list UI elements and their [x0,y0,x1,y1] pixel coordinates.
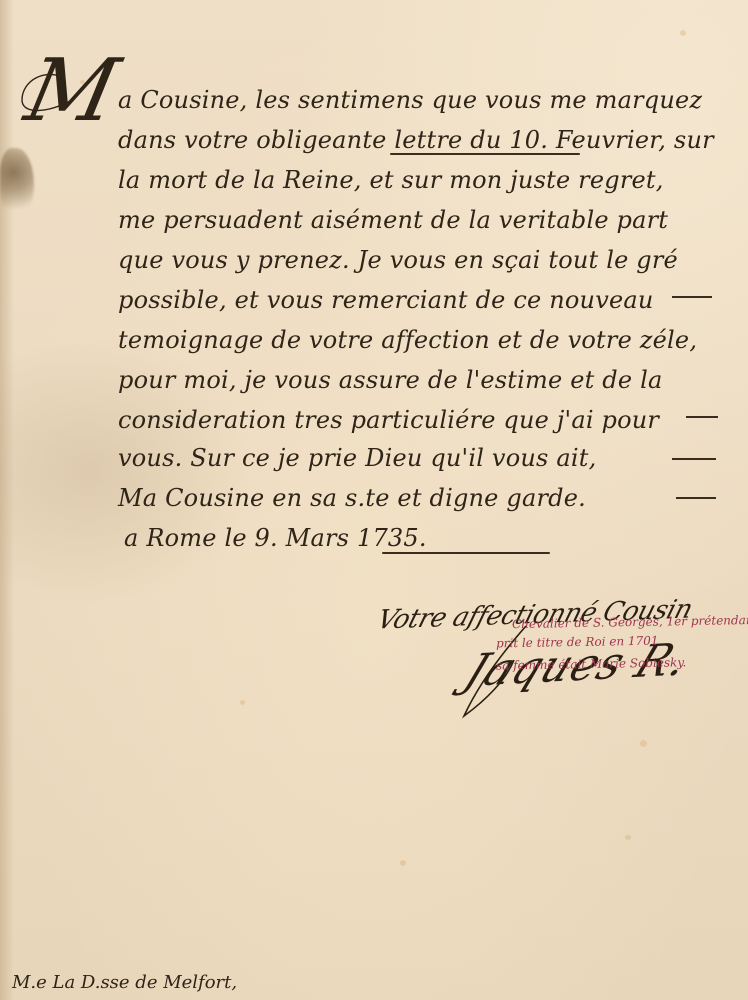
date-underline [390,153,580,155]
foxing-spot [625,835,631,840]
letter-line-4: me persuadent aisément de la veritable p… [118,208,668,232]
letter-line-11: Ma Cousine en sa s.te et digne garde. [118,486,586,510]
letter-line-1: a Cousine, les sentimens que vous me mar… [118,88,702,112]
foxing-spot [680,30,686,36]
letter-line-2: dans votre obligeante lettre du 10. Feuv… [118,128,714,152]
letter-line-10: vous. Sur ce je prie Dieu qu'il vous ait… [118,446,596,470]
line-fill-dash [672,458,716,460]
annotation-line-3: sa femme était Marie Sobiesky. [496,654,687,674]
drop-cap-flourish [16,70,76,120]
letter-line-8: pour moi, je vous assure de l'estime et … [118,368,662,392]
foxing-spot [640,740,647,747]
paper-stain [0,148,34,218]
line-fill-dash [672,296,712,298]
line-fill-dash [676,497,716,499]
recipient-address: M.e La D.sse de Melfort, [12,972,237,993]
foxing-spot [240,700,245,705]
letter-line-6: possible, et vous remerciant de ce nouve… [118,288,654,312]
letter-line-5: que vous y prenez. Je vous en sçai tout … [118,248,678,272]
annotation-line-2: prit le titre de Roi en 1701 [496,633,659,653]
letter-line-12-date: a Rome le 9. Mars 1735. [124,526,427,550]
letter-line-7: temoignage de votre affection et de votr… [118,328,697,352]
date-underline [382,552,550,554]
letter-line-9: consideration tres particuliére que j'ai… [118,408,659,432]
line-fill-dash [686,416,718,418]
annotation-line-1: Chevalier de S. Georges, 1er prétendant [512,612,748,633]
letter-page: M a Cousine, les sentimens que vous me m… [0,0,748,1000]
foxing-spot [400,860,406,866]
letter-line-3: la mort de la Reine, et sur mon juste re… [118,168,664,192]
